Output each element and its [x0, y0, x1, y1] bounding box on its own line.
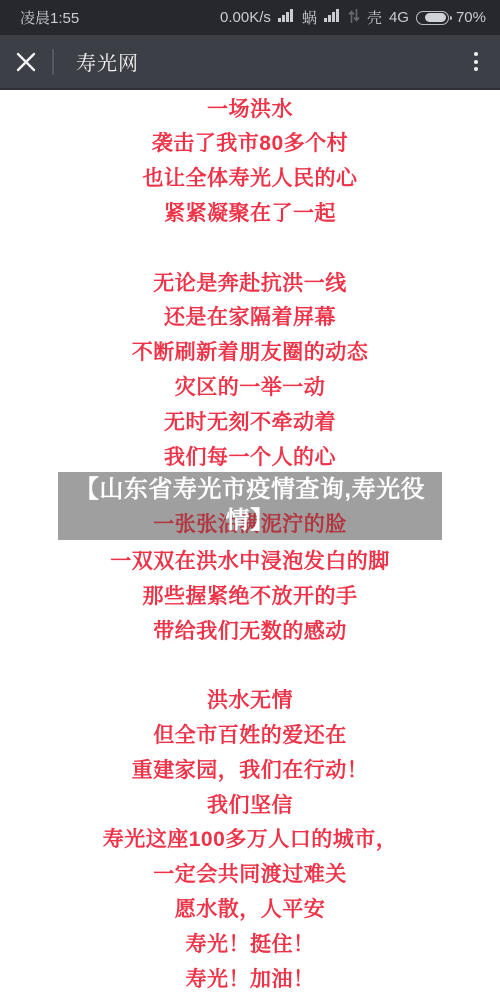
- close-icon[interactable]: [0, 35, 52, 88]
- poem-line: 不断刷新着朋友圈的动态: [0, 336, 500, 371]
- battery-icon: [416, 11, 449, 25]
- poem-line: 一定会共同渡过难关: [0, 858, 500, 893]
- flood-poem: 一场洪水袭击了我市80多个村也让全体寿光人民的心紧紧凝聚在了一起无论是奔赴抗洪一…: [0, 90, 500, 997]
- poem-line: 还是在家隔着屏幕: [0, 301, 500, 336]
- page-content: 一场洪水袭击了我市80多个村也让全体寿光人民的心紧紧凝聚在了一起无论是奔赴抗洪一…: [0, 90, 500, 1000]
- poem-line: 寿光这座100多万人口的城市，: [0, 823, 500, 858]
- poem-line: 紧紧凝聚在了一起: [0, 197, 500, 232]
- poem-line: 愿水散，人平安: [0, 893, 500, 928]
- data-updown-arrows-icon: [348, 9, 360, 27]
- poem-line: 那些握紧绝不放开的手: [0, 580, 500, 615]
- page-title: 寿光网: [76, 47, 452, 76]
- status-bar: 凌晨1:55 0.00K/s 蜗: [0, 0, 500, 35]
- poem-line: 一双双在洪水中浸泡发白的脚: [0, 545, 500, 580]
- stanza-gap: [0, 649, 500, 684]
- signal-strength-icon: [278, 9, 295, 26]
- poem-line: 带给我们无数的感动: [0, 615, 500, 650]
- poem-line: 也让全体寿光人民的心: [0, 162, 500, 197]
- network-type: 4G: [389, 9, 409, 26]
- poem-line: 灾区的一举一动: [0, 371, 500, 406]
- sim1-label: 蜗: [302, 7, 317, 28]
- status-icons: 0.00K/s 蜗: [220, 7, 486, 28]
- poem-line: 我们坚信: [0, 789, 500, 824]
- poem-line: 洪水无情: [0, 684, 500, 719]
- poem-line: 重建家园，我们在行动！: [0, 754, 500, 789]
- poem-line: 无论是奔赴抗洪一线: [0, 267, 500, 302]
- stanza-gap: [0, 232, 500, 267]
- poem-line: 一场洪水: [0, 93, 500, 128]
- watermark-overlay: 一张张沾满泥泞的脸 【山东省寿光市疫情查询,寿光役情】: [58, 472, 442, 540]
- battery-percent: 70%: [456, 9, 486, 26]
- poem-line: 寿光！加油！: [0, 963, 500, 998]
- nav-divider: [52, 49, 54, 75]
- poem-line: 但全市百姓的爱还在: [0, 719, 500, 754]
- poem-line: 我们每一个人的心: [0, 441, 500, 476]
- poem-line: 袭击了我市80多个村: [0, 127, 500, 162]
- network-speed: 0.00K/s: [220, 9, 271, 26]
- browser-nav-bar: 寿光网: [0, 35, 500, 90]
- watermark-title: 【山东省寿光市疫情查询,寿光役情】: [58, 472, 442, 536]
- signal-strength-icon-2: [324, 9, 341, 26]
- poem-line: 寿光！挺住！: [0, 928, 500, 963]
- poem-line: 无时无刻不牵动着: [0, 406, 500, 441]
- phone-screen: 凌晨1:55 0.00K/s 蜗: [0, 0, 500, 1000]
- status-time: 凌晨1:55: [20, 7, 79, 28]
- battery-fill: [425, 13, 447, 22]
- sim2-label: 壳: [367, 7, 382, 28]
- more-menu-icon[interactable]: [452, 35, 500, 88]
